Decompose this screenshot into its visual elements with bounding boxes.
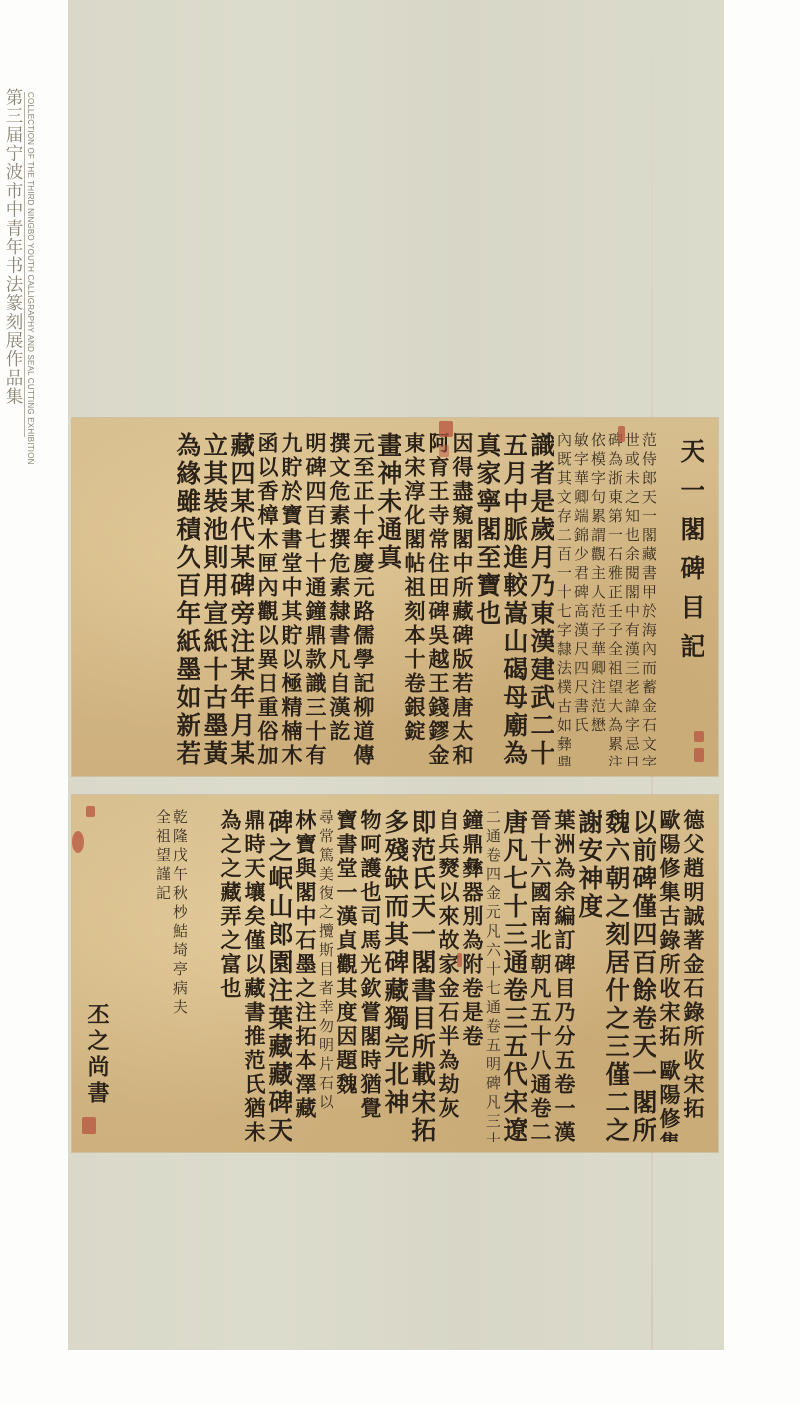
calligraphy-column: 內既其文存二百一十七字隸法樸古如彝鼎款	[554, 432, 571, 766]
seal-stamp	[439, 445, 449, 457]
calligraphy-panel-lower: 德父趙明誠著金石錄所收宋拓歐陽修集古錄所收宋拓 歐陽修集石千卷其唐以前碑僅四百餘…	[72, 795, 718, 1152]
seal-stamp	[694, 748, 704, 762]
calligraphy-column: 因得盡窺閣中所藏碑版若唐太和七年	[449, 432, 473, 766]
calligraphy-column: 為之之藏弄之富也	[217, 809, 241, 1142]
calligraphy-panel-upper: 天一閣碑目記 范侍郎天一閣藏書甲於海內而蓄金石文字世或未之知也余閱閣中有漢三老諱…	[72, 418, 718, 776]
calligraphy-column: 物呵護也司馬光欽嘗閣時猶覺	[357, 809, 381, 1142]
calligraphy-column: 依模字句累謂觀主人范子華卿注范懋	[588, 432, 605, 766]
seal-stamp	[439, 421, 453, 437]
sidebar-title-en: COLLECTION OF THE THIRD NINGBO YOUTH CAL…	[26, 92, 35, 465]
calligraphy-column: 東宋淳化閣帖祖刻本十卷銀錠	[401, 432, 425, 766]
calligraphy-column: 畫神未通真	[374, 432, 401, 766]
calligraphy-column: 魏六朝之刻居什之三僅二之見之	[602, 809, 629, 1142]
calligraphy-column: 真家寧閣至寶也	[473, 432, 500, 766]
panel-upper-columns: 天一閣碑目記 范侍郎天一閣藏書甲於海內而蓄金石文字世或未之知也余閱閣中有漢三老諱…	[173, 432, 704, 766]
calligraphy-column: 鼎時天壤矣僅以藏書推范氏猶未	[241, 809, 265, 1142]
calligraphy-column: 尋常篤美復之攬斯目者幸勿明片石以	[316, 809, 333, 1142]
calligraphy-column: 即范氏天一閣書目所載宋拓亦	[408, 809, 435, 1142]
calligraphy-column: 碑之岷山郎園注葉藏藏碑天	[265, 809, 292, 1142]
calligraphy-column: 范侍郎天一閣藏書甲於海內而蓄金石文字	[639, 432, 656, 766]
artwork-title: 天一閣碑目記	[656, 432, 704, 766]
panel-lower-columns: 德父趙明誠著金石錄所收宋拓歐陽修集古錄所收宋拓 歐陽修集石千卷其唐以前碑僅四百餘…	[153, 809, 704, 1142]
calligraphy-column: 識者是歲月乃東漢建武二十八年	[527, 432, 554, 766]
signature: 丕之尚書	[82, 1003, 113, 1107]
calligraphy-column: 自兵燹以來故家金石半為劫灰	[435, 809, 459, 1142]
calligraphy-column: 全祖望謹記	[153, 809, 170, 1142]
calligraphy-column: 晉十六國南北朝凡五十八通卷二隋	[527, 809, 551, 1142]
calligraphy-column	[187, 809, 217, 1142]
calligraphy-column: 唐凡七十三通卷三五代宋遼凡百十	[500, 809, 527, 1142]
calligraphy-column: 為緣雖積久百年紙墨如新若題	[173, 432, 200, 766]
calligraphy-column: 謝安神度	[575, 809, 602, 1142]
calligraphy-column: 林寶與閣中石墨之注拓本澤藏	[292, 809, 316, 1142]
seal-stamp	[618, 426, 625, 442]
calligraphy-column: 乾隆戊午秋杪鮚埼亭病夫	[170, 809, 187, 1142]
calligraphy-column: 九貯於寶書堂中其貯以極精楠木碑	[278, 432, 302, 766]
sidebar-title-cn: 第三届宁波市中青年书法篆刻展作品集	[2, 88, 24, 406]
calligraphy-column: 多殘缺而其碑藏獨完北神	[381, 809, 408, 1142]
seal-stamp	[694, 731, 704, 742]
calligraphy-column: 藏四某代某碑旁注某年月某人	[227, 432, 254, 766]
calligraphy-column: 撰文危素撰危素隸書凡自漢訖	[326, 432, 350, 766]
calligraphy-column: 以前碑僅四百餘卷天一閣所度漢	[629, 809, 656, 1142]
seal-stamp	[457, 953, 462, 967]
calligraphy-column: 函以香樟木匣內觀以異日重俗加署	[254, 432, 278, 766]
calligraphy-column: 元至正十年慶元路儒學記柳道傳柳貫	[350, 432, 374, 766]
seal-stamp	[86, 806, 95, 817]
calligraphy-column: 德父趙明誠著金石錄所收宋拓	[680, 809, 704, 1142]
calligraphy-column: 世或未之知也余閱閣中有漢三老諱字忌日	[622, 432, 639, 766]
calligraphy-column: 葉洲為余編訂碑目乃分五卷一漢魏吳	[551, 809, 575, 1142]
calligraphy-column: 寶書堂一漢貞觀其度因題魏	[333, 809, 357, 1142]
seal-stamp	[82, 1117, 96, 1134]
calligraphy-column: 明碑四百七十通鐘鼎款識三十有	[302, 432, 326, 766]
calligraphy-column: 二通卷四金元凡六十七通卷五明碑凡三十通	[483, 809, 500, 1142]
seal-stamp	[72, 831, 84, 853]
calligraphy-column: 鐘鼎彝器別為附卷是卷	[459, 809, 483, 1142]
calligraphy-column: 歐陽修集古錄所收宋拓 歐陽修集石千卷其唐	[656, 809, 680, 1142]
calligraphy-column: 立其裝池則用宣紙十古墨黃綾	[200, 432, 227, 766]
calligraphy-column: 碑為浙東第一石雅正壬子全祖望大為累注	[605, 432, 622, 766]
sidebar-divider	[24, 92, 25, 437]
calligraphy-column: 阿育王寺常住田碑吳越王錢鏐金因記	[425, 432, 449, 766]
calligraphy-column: 五月中脈進較嵩山碣母廟為早百載	[500, 432, 527, 766]
calligraphy-column: 敏字華卿端錦少君碑高漢尺四尺書氏	[571, 432, 588, 766]
